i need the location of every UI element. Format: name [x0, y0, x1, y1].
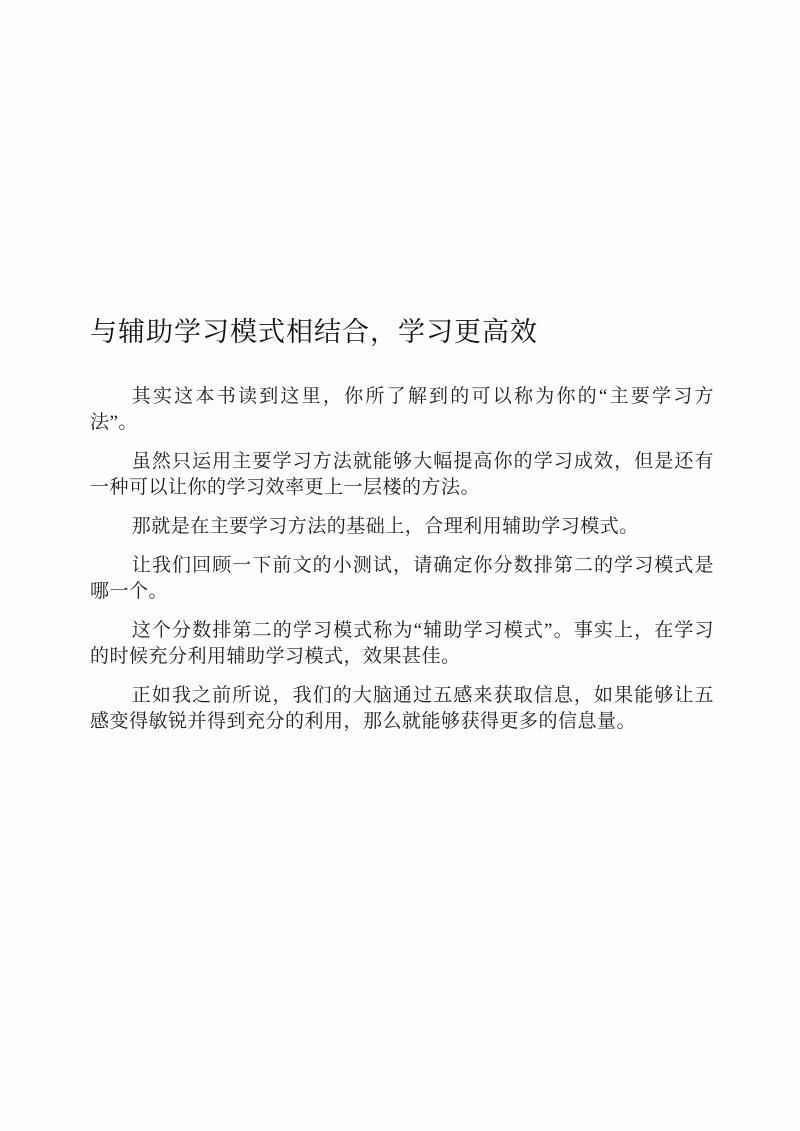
- paragraph: 让我们回顾一下前文的小测试，请确定你分数排第二的学习模式是哪一个。: [90, 553, 714, 605]
- paragraph: 其实这本书读到这里，你所了解到的可以称为你的“主要学习方法”。: [90, 384, 714, 436]
- book-page: 与辅助学习模式相结合，学习更高效 其实这本书读到这里，你所了解到的可以称为你的“…: [0, 0, 800, 1131]
- page-title: 与辅助学习模式相结合，学习更高效: [90, 316, 714, 350]
- page-content: 与辅助学习模式相结合，学习更高效 其实这本书读到这里，你所了解到的可以称为你的“…: [90, 316, 714, 748]
- paragraph: 正如我之前所说，我们的大脑通过五感来获取信息，如果能够让五感变得敏锐并得到充分的…: [90, 683, 714, 735]
- paragraph: 这个分数排第二的学习模式称为“辅助学习模式”。事实上，在学习的时候充分利用辅助学…: [90, 618, 714, 670]
- paragraph: 那就是在主要学习方法的基础上，合理利用辅助学习模式。: [90, 514, 714, 540]
- paragraph: 虽然只运用主要学习方法就能够大幅提高你的学习成效，但是还有一种可以让你的学习效率…: [90, 449, 714, 501]
